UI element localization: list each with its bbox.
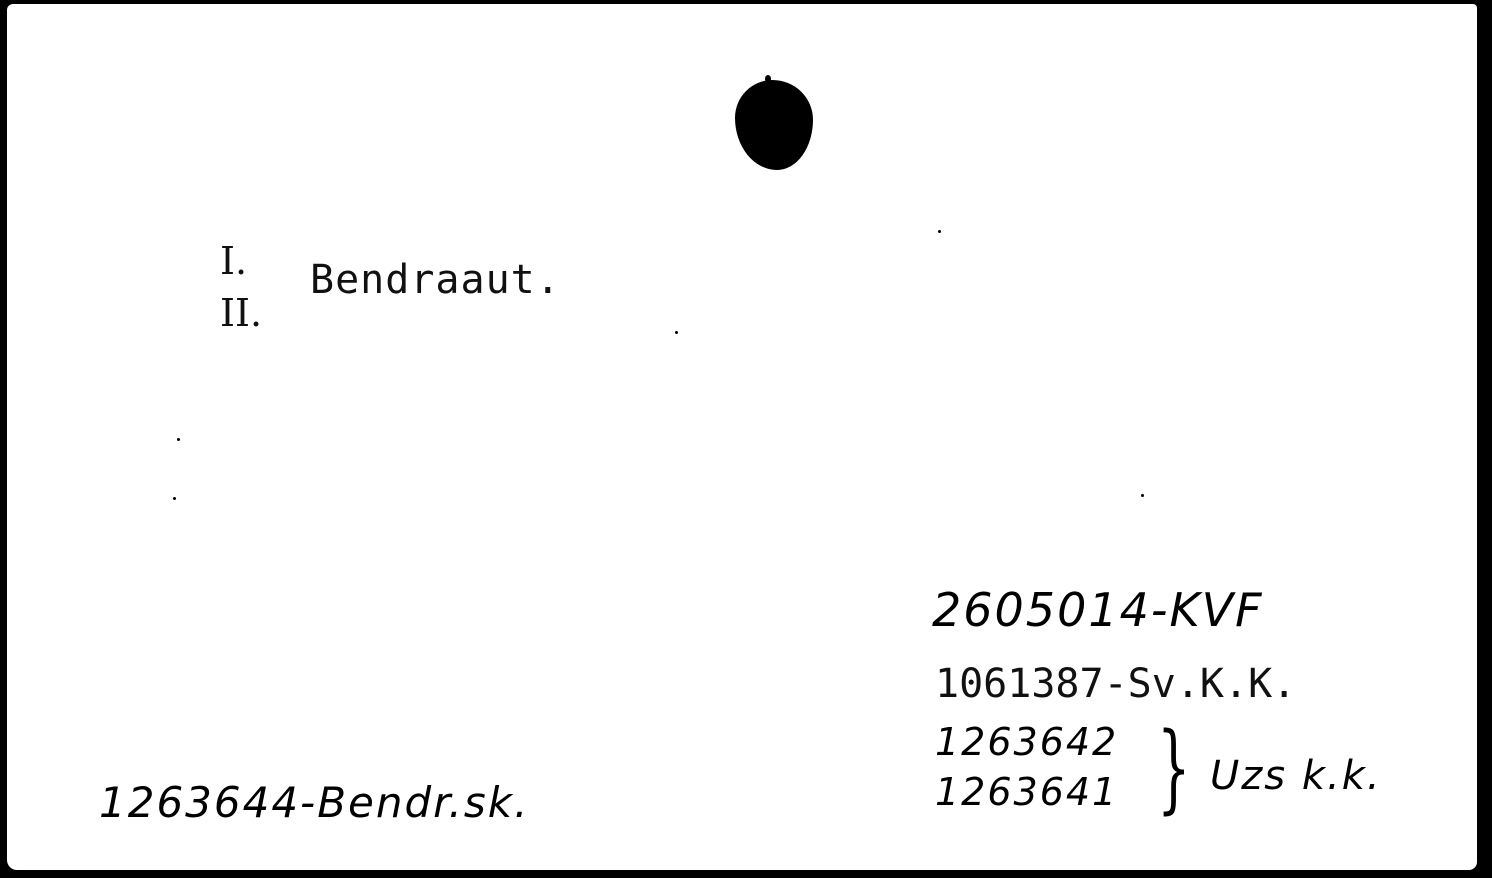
reference-bendr: 1263644-Bendr.sk. — [99, 776, 529, 830]
speck — [173, 497, 176, 500]
roman-numeral-one: I. — [220, 242, 247, 280]
group-label: Uzs k.k. — [1210, 752, 1382, 800]
group-brace: } — [1157, 720, 1191, 816]
punch-hole — [735, 80, 813, 170]
subject-name: Bendraaut. — [310, 258, 561, 302]
group-number-2: 1263641 — [935, 770, 1118, 814]
speck — [177, 438, 180, 441]
reference-kvf: 2605014-KVF — [932, 582, 1264, 638]
speck — [1141, 494, 1144, 497]
speck — [938, 230, 941, 233]
reference-svkk: 1061387-Sv.K.K. — [935, 660, 1296, 708]
index-card: I. II. Bendraaut. 2605014-KVF 1061387-Sv… — [7, 4, 1477, 870]
group-number-1: 1263642 — [935, 720, 1118, 764]
speck — [675, 331, 678, 334]
roman-numeral-two: II. — [220, 294, 262, 332]
